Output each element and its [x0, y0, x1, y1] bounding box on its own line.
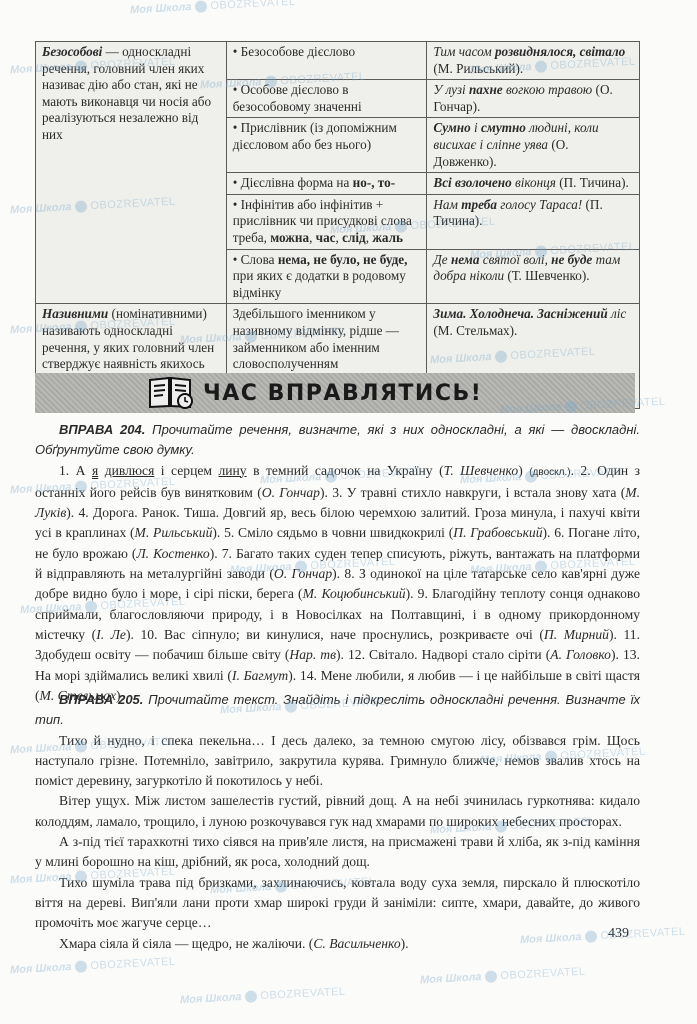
example-cell: Всі взолочено віконця (П. Тичина).: [427, 173, 640, 195]
example-cell: Де нема святої волі, не буде там добра н…: [427, 249, 640, 304]
expression-form-cell: Прислівник (із допоміжним дієсловом або …: [226, 118, 427, 173]
book-clock-icon: [147, 376, 195, 410]
example-cell: Нам треба голосу Тараса! (П. Тичина).: [427, 194, 640, 249]
answer-note: (двоскл.): [529, 467, 570, 478]
expression-form-cell: Особове дієслово в безособовому значенні: [226, 80, 427, 118]
exercise-205-paragraph: А з-під тієї тарахкотні тихо сіявся на п…: [35, 832, 640, 873]
exercise-205-label: ВПРАВА 205.: [59, 692, 143, 707]
exercise-205-paragraph: Вітер ущух. Між листом зашелестів густий…: [35, 791, 640, 832]
exercise-204-sentences: 1. А я дивлюся і серцем лину в темний са…: [35, 461, 640, 707]
example-cell: У лузі пахне вогкою травою (О. Гончар).: [427, 80, 640, 118]
exercise-205: ВПРАВА 205. Прочитайте текст. Знайдіть і…: [35, 690, 640, 954]
watermark-logo-icon: [195, 0, 208, 13]
exercise-205-last-paragraph: Хмара сіяла й сіяла — щедро, не жаліючи.…: [35, 934, 640, 954]
banner-title: ЧАС ВПРАВЛЯТИСЬ!: [203, 381, 482, 406]
watermark: Моя ШколаOBOZREVATEL: [10, 956, 176, 977]
watermark-logo-icon: [75, 960, 88, 973]
exercise-205-paragraph: Тихо шуміла трава під бризками, захлинаю…: [35, 873, 640, 934]
expression-form-cell: Безособове дієслово: [226, 42, 427, 80]
sentence-type-cell: Безособові — односкладні речення, головн…: [36, 42, 227, 304]
sentence-types-table: Безособові — односкладні речення, головн…: [35, 41, 640, 409]
watermark: Моя ШколаOBOZREVATEL: [180, 986, 346, 1007]
exercise-204: ВПРАВА 204. Прочитайте речення, визначте…: [35, 420, 640, 706]
exercise-204-label: ВПРАВА 204.: [59, 422, 145, 437]
expression-form-cell: Дієслівна форма на но-, то-: [226, 173, 427, 195]
exercise-banner: ЧАС ВПРАВЛЯТИСЬ!: [35, 373, 635, 413]
watermark-logo-icon: [485, 970, 498, 983]
underlined-predicate: дивлюся: [105, 463, 155, 478]
expression-form-cell: Слова нема, не було, не буде, при яких є…: [226, 249, 427, 304]
page-number: 439: [608, 926, 629, 942]
example-cell: Сумно і смутно людині, коли висихає і сл…: [427, 118, 640, 173]
exercise-205-paragraph: Тихо й нудно, і спека пекельна… І десь д…: [35, 731, 640, 792]
watermark: Моя ШколаOBOZREVATEL: [130, 0, 296, 16]
exercise-205-heading: ВПРАВА 205. Прочитайте текст. Знайдіть і…: [35, 690, 640, 731]
example-cell: Тим часом розвиднялося, світало (М. Риль…: [427, 42, 640, 80]
exercise-204-heading: ВПРАВА 204. Прочитайте речення, визначте…: [35, 420, 640, 461]
underlined-predicate: лину: [218, 463, 246, 478]
watermark-logo-icon: [245, 990, 258, 1003]
watermark: Моя ШколаOBOZREVATEL: [420, 966, 586, 987]
table-row: Безособові — односкладні речення, головн…: [36, 42, 640, 80]
expression-form-cell: Інфінітив або інфінітив + прислівник чи …: [226, 194, 427, 249]
